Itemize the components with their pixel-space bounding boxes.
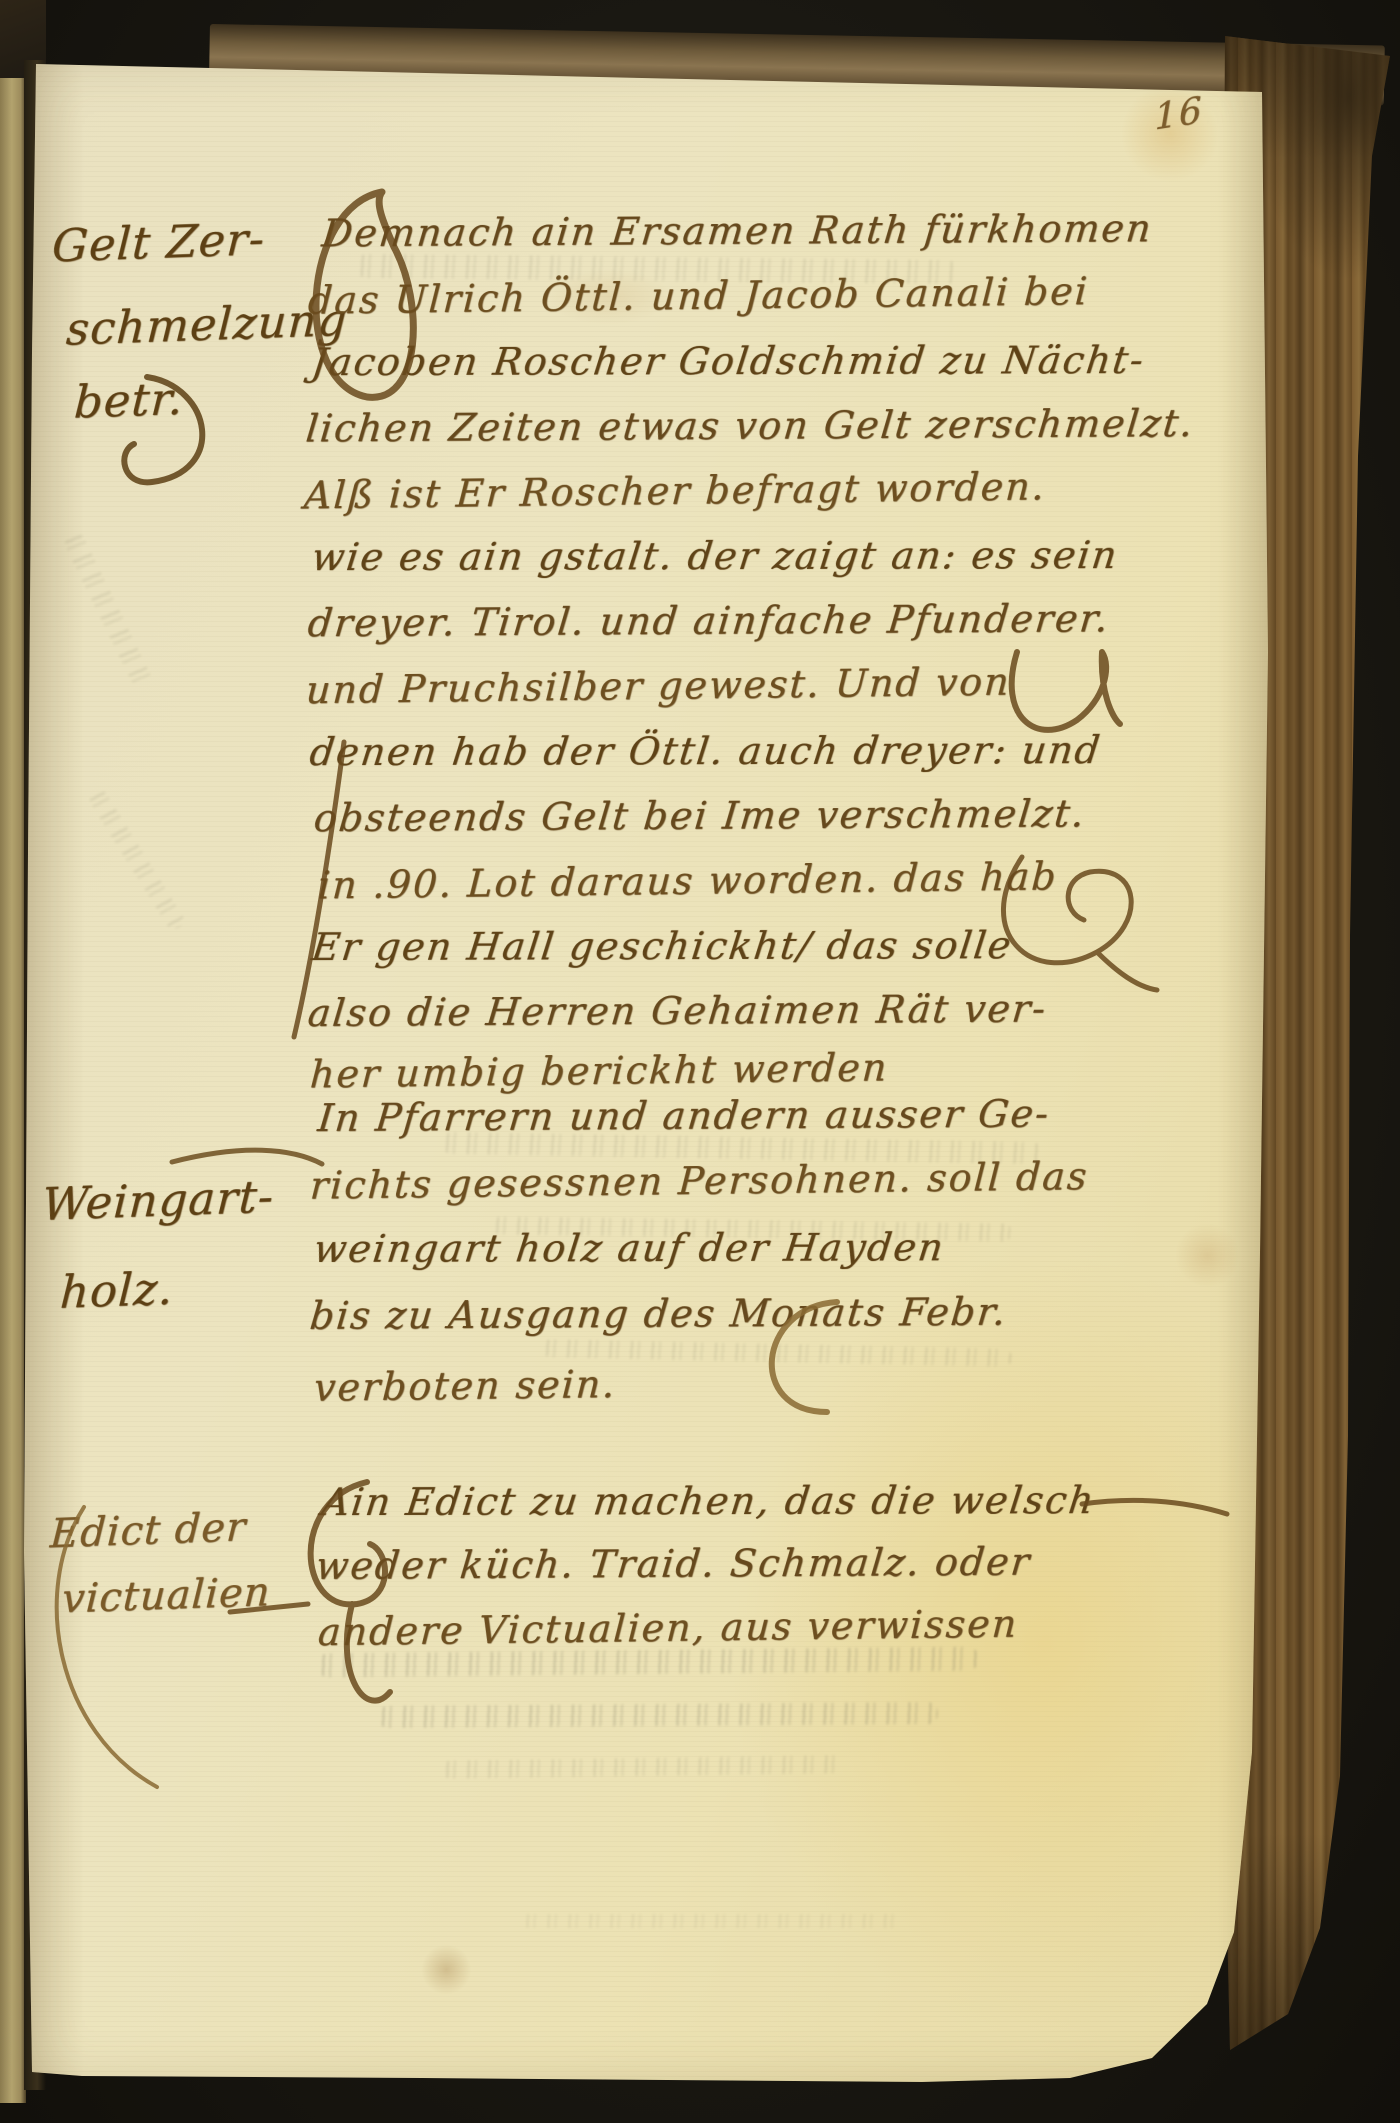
- text-line: bis zu Ausgang des Monats Febr.: [307, 1282, 1010, 1346]
- text-line: also die Herren Gehaimen Rät ver-: [305, 979, 1050, 1044]
- previous-page-edge: [0, 78, 26, 2103]
- text-line: und Pruchsilber gewest. Und von: [304, 652, 1012, 721]
- bleedthrough-smudge: [442, 1755, 842, 1779]
- folio-number: 16: [1154, 90, 1204, 139]
- text-line: Ain Edict zu machen, das die welsch: [318, 1470, 1098, 1532]
- margin-note-line: Weingart-: [40, 1166, 275, 1236]
- manuscript-page: 16 Gelt Zer- schmelzung betr. Weingart- …: [22, 52, 1270, 2092]
- text-line: verboten sein.: [312, 1354, 618, 1418]
- text-line: weder küch. Traid. Schmalz. oder: [313, 1532, 1034, 1596]
- text-line: lichen Zeiten etwas von Gelt zerschmelzt…: [303, 393, 1197, 458]
- margin-note-line: holz.: [58, 1258, 175, 1324]
- margin-note-line: Edict der: [48, 1497, 247, 1566]
- text-line: in .90. Lot daraus worden. das hab: [316, 846, 1059, 915]
- margin-note-line: victualien: [60, 1561, 272, 1630]
- bleedthrough-smudge: [378, 1702, 938, 1728]
- text-line: wie es ain gstalt. der zaigt an: es sein: [308, 525, 1121, 587]
- bleedthrough-smudge: [87, 787, 187, 932]
- margin-note-line: betr.: [72, 368, 185, 434]
- text-line: Alß ist Er Roscher befragt worden.: [302, 456, 1047, 525]
- manuscript-photo: 16 Gelt Zer- schmelzung betr. Weingart- …: [0, 0, 1400, 2123]
- text-line: Er gen Hall geschickht/ das solle: [308, 915, 1016, 977]
- bleedthrough-smudge: [522, 1914, 902, 1928]
- text-line: obsteends Gelt bei Ime verschmelzt.: [311, 784, 1089, 849]
- text-line: Jacoben Roscher Goldschmid zu Nächt-: [308, 330, 1148, 392]
- margin-note-line: Gelt Zer-: [50, 208, 266, 278]
- text-line: dreyer. Tirol. und ainfache Pfunderer.: [305, 589, 1113, 654]
- bleedthrough-smudge: [62, 530, 154, 692]
- text-line: denen hab der Öttl. auch dreyer: und: [306, 720, 1104, 782]
